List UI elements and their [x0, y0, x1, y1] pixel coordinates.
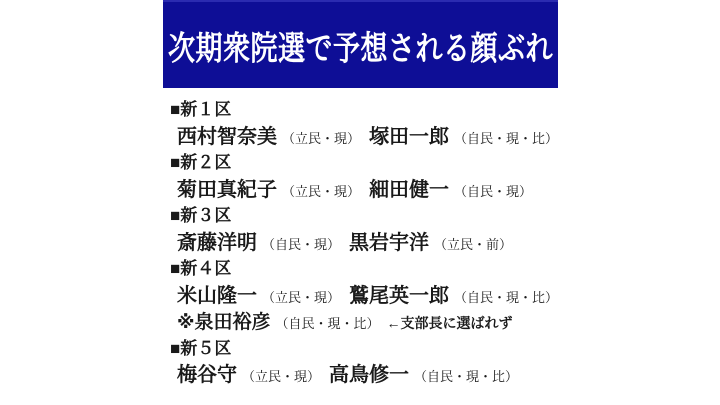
candidate-name: 菊田真紀子: [177, 179, 277, 201]
district-heading-1: ■新１区: [170, 97, 570, 124]
candidate-affiliation: （自民・現・比）: [414, 369, 518, 384]
candidate-name: 米山隆一: [177, 285, 257, 307]
candidate-name: 梅谷守: [177, 364, 237, 386]
candidate-name: 斎藤洋明: [177, 232, 257, 254]
candidate-affiliation: （自民・現）: [454, 184, 532, 199]
candidate-name: 西村智奈美: [177, 126, 277, 148]
candidate-affiliation: （立民・現）: [282, 131, 360, 146]
candidate-line-4: 米山隆一（立民・現）鷲尾英一郎（自民・現・比）: [170, 283, 570, 310]
title-banner: 次期衆院選で予想される顔ぶれ: [163, 0, 558, 88]
candidate-name: 塚田一郎: [369, 126, 449, 148]
election-graphic: 次期衆院選で予想される顔ぶれ ■新１区 西村智奈美（立民・現）塚田一郎（自民・現…: [0, 0, 720, 405]
district-heading-4: ■新４区: [170, 256, 570, 283]
note-marker: ※: [177, 312, 195, 332]
page-title: 次期衆院選で予想される顔ぶれ: [168, 21, 553, 69]
district-list: ■新１区 西村智奈美（立民・現）塚田一郎（自民・現・比） ■新２区 菊田真紀子（…: [170, 97, 570, 389]
note-candidate-name: 泉田裕彦: [195, 312, 271, 333]
candidate-line-2: 菊田真紀子（立民・現）細田健一（自民・現）: [170, 177, 570, 204]
note-remark: ←支部長に選ばれず: [387, 315, 513, 331]
candidate-line-1: 西村智奈美（立民・現）塚田一郎（自民・現・比）: [170, 124, 570, 151]
candidate-affiliation: （自民・現・比）: [454, 290, 558, 305]
candidate-line-5: 梅谷守（立民・現）高鳥修一（自民・現・比）: [170, 362, 570, 389]
candidate-line-3: 斎藤洋明（自民・現）黒岩宇洋（立民・前）: [170, 230, 570, 257]
candidate-name: 高鳥修一: [329, 364, 409, 386]
candidate-affiliation: （立民・現）: [242, 369, 320, 384]
candidate-affiliation: （自民・現・比）: [454, 131, 558, 146]
district-heading-2: ■新２区: [170, 150, 570, 177]
candidate-affiliation: （立民・前）: [434, 237, 512, 252]
candidate-affiliation: （自民・現）: [262, 237, 340, 252]
candidate-affiliation: （立民・現）: [262, 290, 340, 305]
candidate-affiliation: （立民・現）: [282, 184, 360, 199]
candidate-name: 鷲尾英一郎: [349, 285, 449, 307]
note-line-izumida: ※泉田裕彦（自民・現・比）←支部長に選ばれず: [170, 309, 570, 336]
candidate-name: 細田健一: [369, 179, 449, 201]
district-heading-3: ■新３区: [170, 203, 570, 230]
note-candidate-affiliation: （自民・現・比）: [276, 316, 380, 331]
candidate-name: 黒岩宇洋: [349, 232, 429, 254]
district-heading-5: ■新５区: [170, 336, 570, 363]
